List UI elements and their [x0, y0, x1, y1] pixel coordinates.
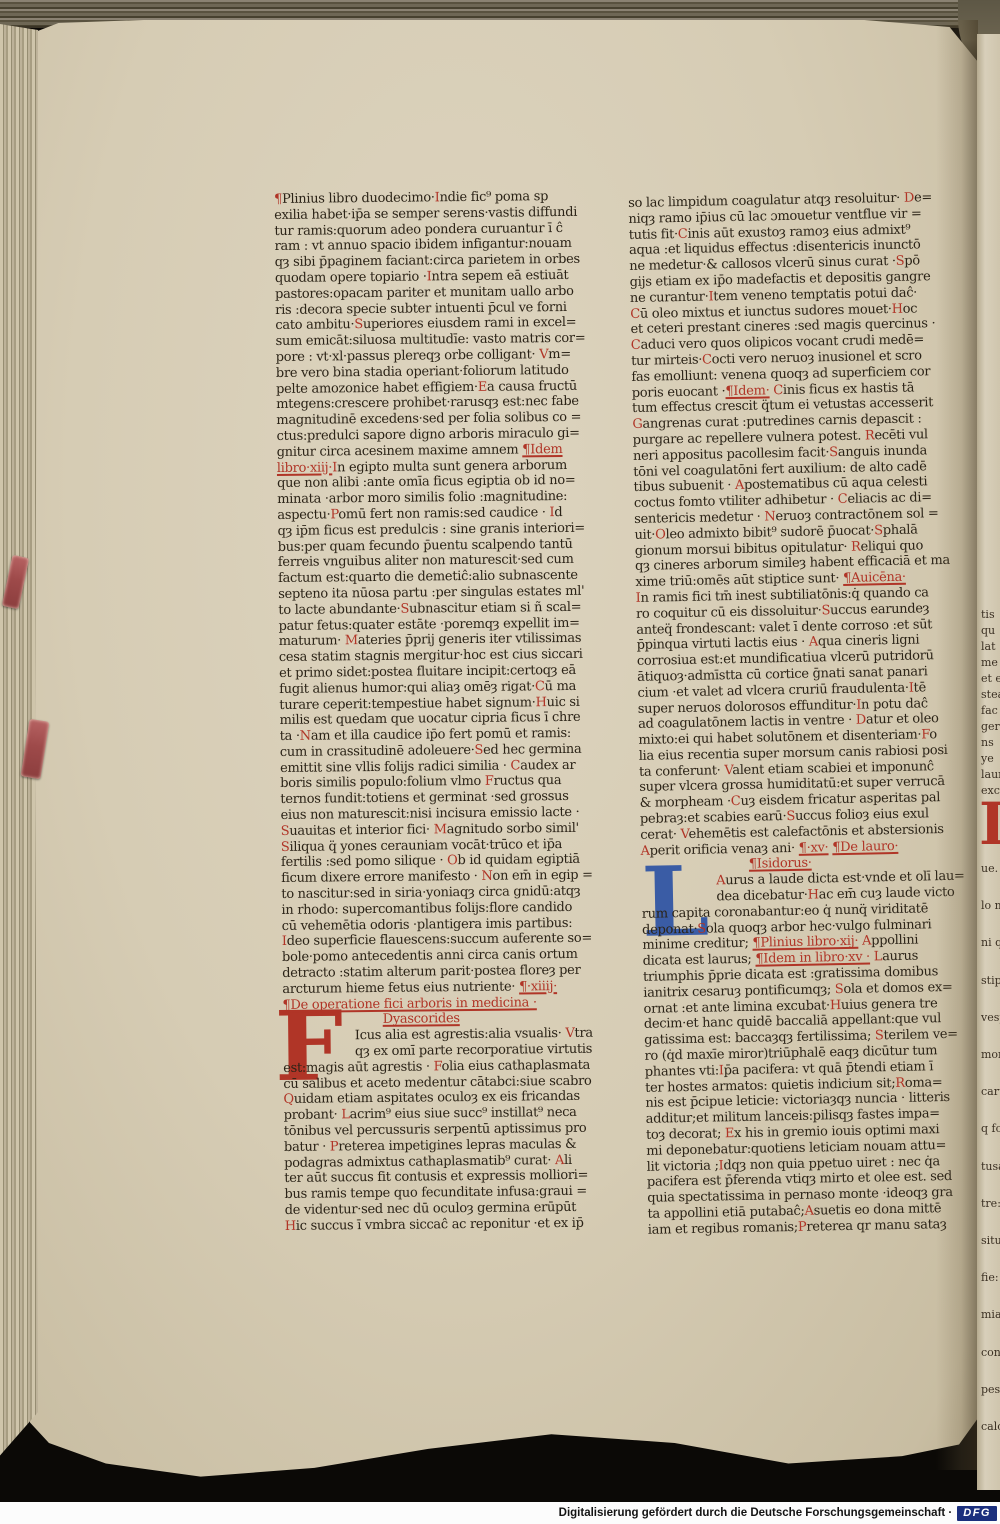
dfg-logo: DFG	[957, 1506, 997, 1521]
parchment-page: F ¶Plinius libro duodecimo·Indie fic⁹ po…	[30, 20, 978, 1484]
next-page-text-fragment: lo m	[981, 899, 1000, 912]
text-line: Hic succus ī vmbra siccaĉ ac reponitur ·…	[285, 1215, 629, 1234]
text-column-left: F ¶Plinius libro duodecimo·Indie fic⁹ po…	[274, 188, 629, 1234]
next-page-text-fragment: tre:	[981, 1197, 1000, 1210]
next-page-text-fragment: lat	[981, 640, 996, 653]
next-page-text-fragment: pesc	[981, 1383, 1000, 1396]
next-page-text-fragment: cart	[981, 1085, 1000, 1098]
next-page-text-fragment: mia	[981, 1308, 1000, 1321]
next-page-text-fragment: ni q	[981, 936, 1000, 949]
next-page-text-fragment: fie:	[981, 1271, 999, 1284]
next-page-initial: L	[979, 798, 1000, 850]
next-page-text-fragment: situ	[981, 1234, 1000, 1247]
next-page-text-fragment: mor	[981, 1048, 1000, 1061]
next-page-text-fragment: vesp	[981, 1011, 1000, 1024]
next-page-text-fragment: ns	[981, 736, 994, 749]
next-page-text-fragment: calc	[981, 1420, 1000, 1433]
next-page-text-fragment: ye	[981, 752, 994, 765]
next-page-text-fragment: qu	[981, 624, 995, 637]
digitization-footer: Digitalisierung gefördert durch die Deut…	[0, 1502, 1000, 1524]
next-page-text-fragment: stea	[981, 688, 1000, 701]
page-curl-shadow	[936, 20, 978, 1470]
next-page-text-fragment: ger	[981, 720, 1000, 733]
next-page-text-fragment: q fo	[981, 1122, 1000, 1135]
next-page-text-fragment: stip	[981, 974, 1000, 987]
digitization-credit: Digitalisierung gefördert durch die Deut…	[559, 1507, 953, 1519]
next-page-text-fragment: tis	[981, 608, 995, 621]
next-page-text-fragment: fac	[981, 704, 998, 717]
next-page-text-fragment: me	[981, 656, 998, 669]
next-page-text-fragment: et e	[981, 672, 1000, 685]
next-page-text-fragment: cong	[981, 1346, 1000, 1359]
next-page-text-fragment: laur	[981, 768, 1000, 781]
next-page-text-fragment: tusa	[981, 1160, 1000, 1173]
text-column-right: L so lac limpidum coagulatur atqȝ resolu…	[628, 189, 988, 1238]
next-page-sliver: tisqulatmeet esteafacgernsyelaurexcLue.l…	[977, 34, 1000, 1490]
scanned-book-photo: F ¶Plinius libro duodecimo·Indie fic⁹ po…	[0, 0, 1000, 1524]
next-page-text-fragment: ue.	[981, 862, 998, 875]
